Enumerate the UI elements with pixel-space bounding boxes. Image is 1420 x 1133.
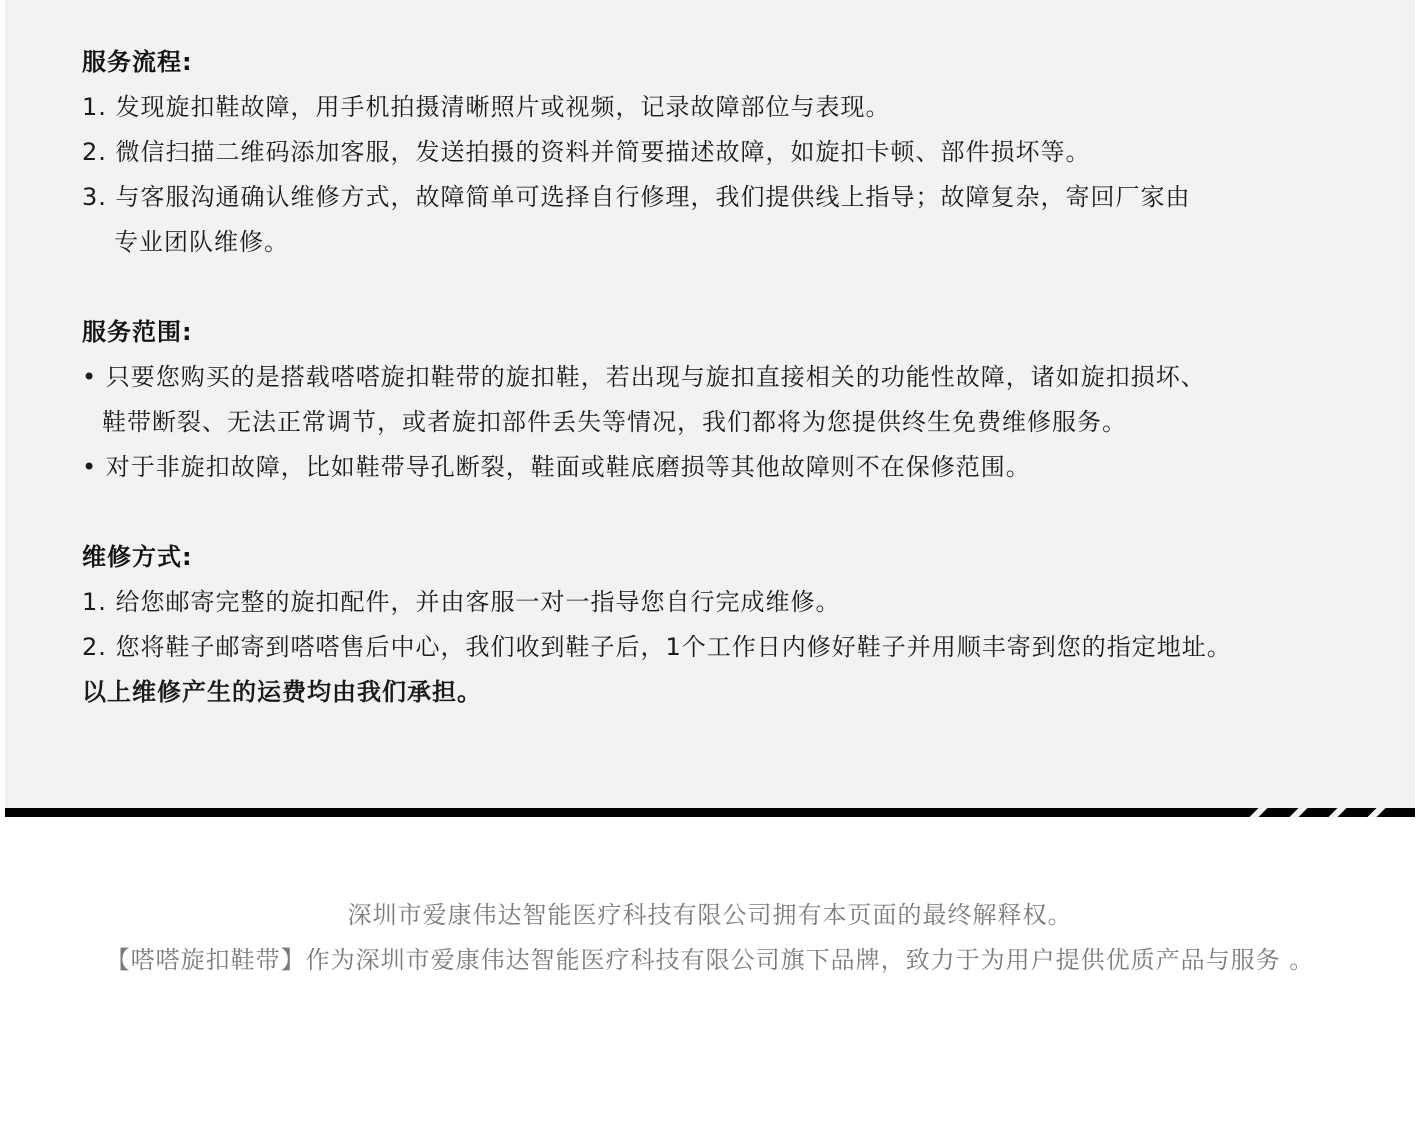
scope-item-2: • 对于非旋扣故障，比如鞋带导孔断裂，鞋面或鞋底磨损等其他故障则不在保修范围。 (82, 445, 1402, 490)
process-step-1: 1. 发现旋扣鞋故障，用手机拍摄清晰照片或视频，记录故障部位与表现。 (82, 85, 1402, 130)
stripe-slash (1290, 808, 1308, 817)
section-title-scope: 服务范围: (82, 310, 1402, 355)
footer: 深圳市爱康伟达智能医疗科技有限公司拥有本页面的最终解释权。 【嗒嗒旋扣鞋带】作为… (0, 893, 1420, 983)
service-info-content: 服务流程: 1. 发现旋扣鞋故障，用手机拍摄清晰照片或视频，记录故障部位与表现。… (82, 40, 1402, 715)
shipping-fee-note: 以上维修产生的运费均由我们承担。 (82, 670, 1402, 715)
section-title-method: 维修方式: (82, 535, 1402, 580)
section-spacer (82, 490, 1402, 535)
decorative-stripe-bar (5, 808, 1415, 817)
stripe-slash (1368, 808, 1386, 817)
service-info-panel: 服务流程: 1. 发现旋扣鞋故障，用手机拍摄清晰照片或视频，记录故障部位与表现。… (5, 0, 1415, 808)
process-step-3-continued: 专业团队维修。 (82, 220, 1402, 265)
section-spacer (82, 265, 1402, 310)
method-option-1: 1. 给您邮寄完整的旋扣配件，并由客服一对一指导您自行完成维修。 (82, 580, 1402, 625)
footer-brand-line: 【嗒嗒旋扣鞋带】作为深圳市爱康伟达智能医疗科技有限公司旗下品牌，致力于为用户提供… (0, 938, 1420, 983)
process-step-2: 2. 微信扫描二维码添加客服，发送拍摄的资料并简要描述故障，如旋扣卡顿、部件损坏… (82, 130, 1402, 175)
stripe-slash (1250, 808, 1268, 817)
stripe-slash (1329, 808, 1347, 817)
footer-copyright-line: 深圳市爱康伟达智能医疗科技有限公司拥有本页面的最终解释权。 (0, 893, 1420, 938)
method-option-2: 2. 您将鞋子邮寄到嗒嗒售后中心，我们收到鞋子后，1个工作日内修好鞋子并用顺丰寄… (82, 625, 1402, 670)
scope-item-1: • 只要您购买的是搭载嗒嗒旋扣鞋带的旋扣鞋，若出现与旋扣直接相关的功能性故障，诸… (82, 355, 1402, 400)
section-title-process: 服务流程: (82, 40, 1402, 85)
scope-item-1-continued: 鞋带断裂、无法正常调节，或者旋扣部件丢失等情况，我们都将为您提供终生免费维修服务… (82, 400, 1402, 445)
process-step-3: 3. 与客服沟通确认维修方式，故障简单可选择自行修理，我们提供线上指导；故障复杂… (82, 175, 1402, 220)
